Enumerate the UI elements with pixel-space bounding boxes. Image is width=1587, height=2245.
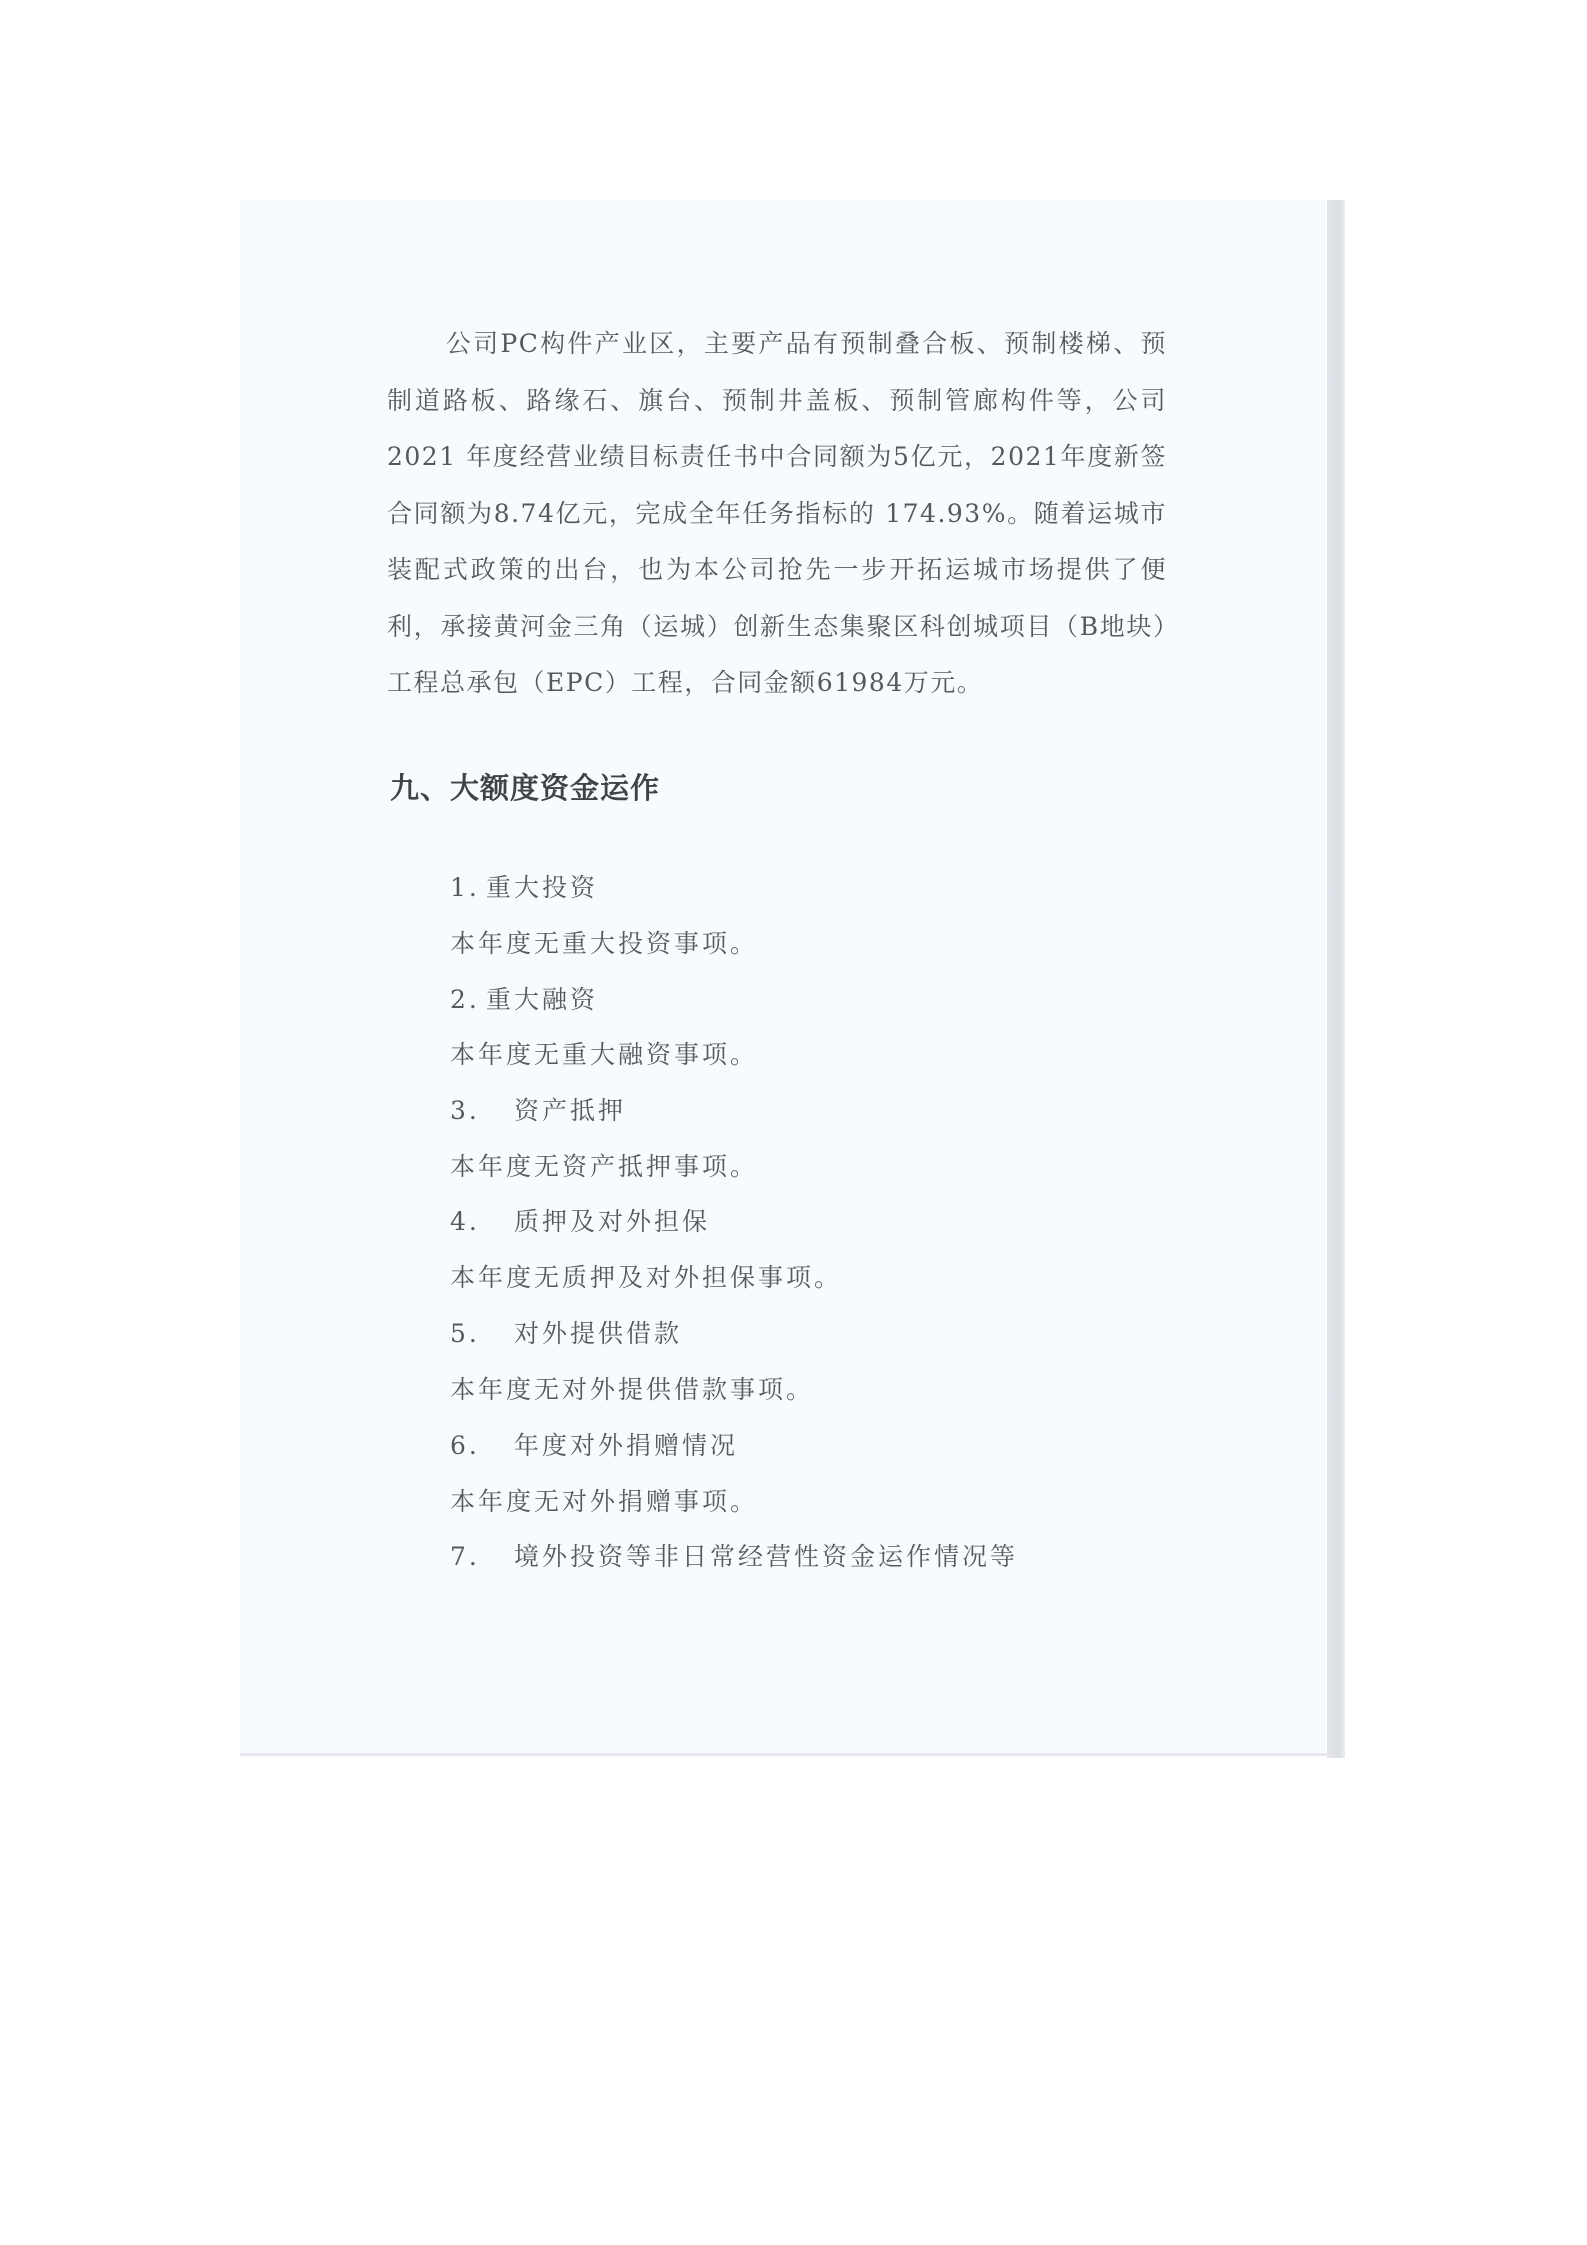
item-number: 5. (450, 1319, 514, 1348)
intro-paragraph-text: 公司PC构件产业区，主要产品有预制叠合板、预制楼梯、预制道路板、路缘石、旗台、预… (387, 329, 1167, 697)
item-number: 2. (450, 985, 486, 1014)
item-number: 1. (450, 873, 486, 902)
item-number: 4. (450, 1207, 514, 1236)
item-title: 资产抵押 (514, 1096, 626, 1125)
intro-paragraph: 公司PC构件产业区，主要产品有预制叠合板、预制楼梯、预制道路板、路缘石、旗台、预… (387, 316, 1167, 712)
item-3-title: 3.资产抵押 (450, 1091, 626, 1127)
item-2-title: 2.重大融资 (450, 980, 598, 1016)
item-title: 年度对外捐赠情况 (514, 1431, 738, 1460)
item-3-content: 本年度无资产抵押事项。 (450, 1147, 758, 1183)
item-number: 3. (450, 1096, 514, 1125)
item-2-content: 本年度无重大融资事项。 (450, 1035, 758, 1071)
item-title: 境外投资等非日常经营性资金运作情况等 (514, 1542, 1018, 1571)
item-1-content: 本年度无重大投资事项。 (450, 924, 758, 960)
item-1-title: 1.重大投资 (450, 868, 598, 904)
item-title: 质押及对外担保 (514, 1207, 710, 1236)
item-5-content: 本年度无对外提供借款事项。 (450, 1370, 814, 1406)
item-number: 7. (450, 1542, 514, 1571)
page-edge-shadow (1327, 200, 1345, 1758)
item-title: 对外提供借款 (514, 1319, 682, 1348)
item-4-content: 本年度无质押及对外担保事项。 (450, 1258, 842, 1294)
section-heading: 九、大额度资金运作 (390, 766, 660, 807)
item-6-title: 6.年度对外捐赠情况 (450, 1426, 738, 1462)
item-5-title: 5.对外提供借款 (450, 1314, 682, 1350)
item-4-title: 4.质押及对外担保 (450, 1202, 710, 1238)
item-7-title: 7.境外投资等非日常经营性资金运作情况等 (450, 1537, 1018, 1573)
item-number: 6. (450, 1431, 514, 1460)
item-6-content: 本年度无对外捐赠事项。 (450, 1482, 758, 1518)
item-title: 重大融资 (486, 985, 598, 1014)
page-bottom-edge (240, 1753, 1330, 1756)
item-title: 重大投资 (486, 873, 598, 902)
